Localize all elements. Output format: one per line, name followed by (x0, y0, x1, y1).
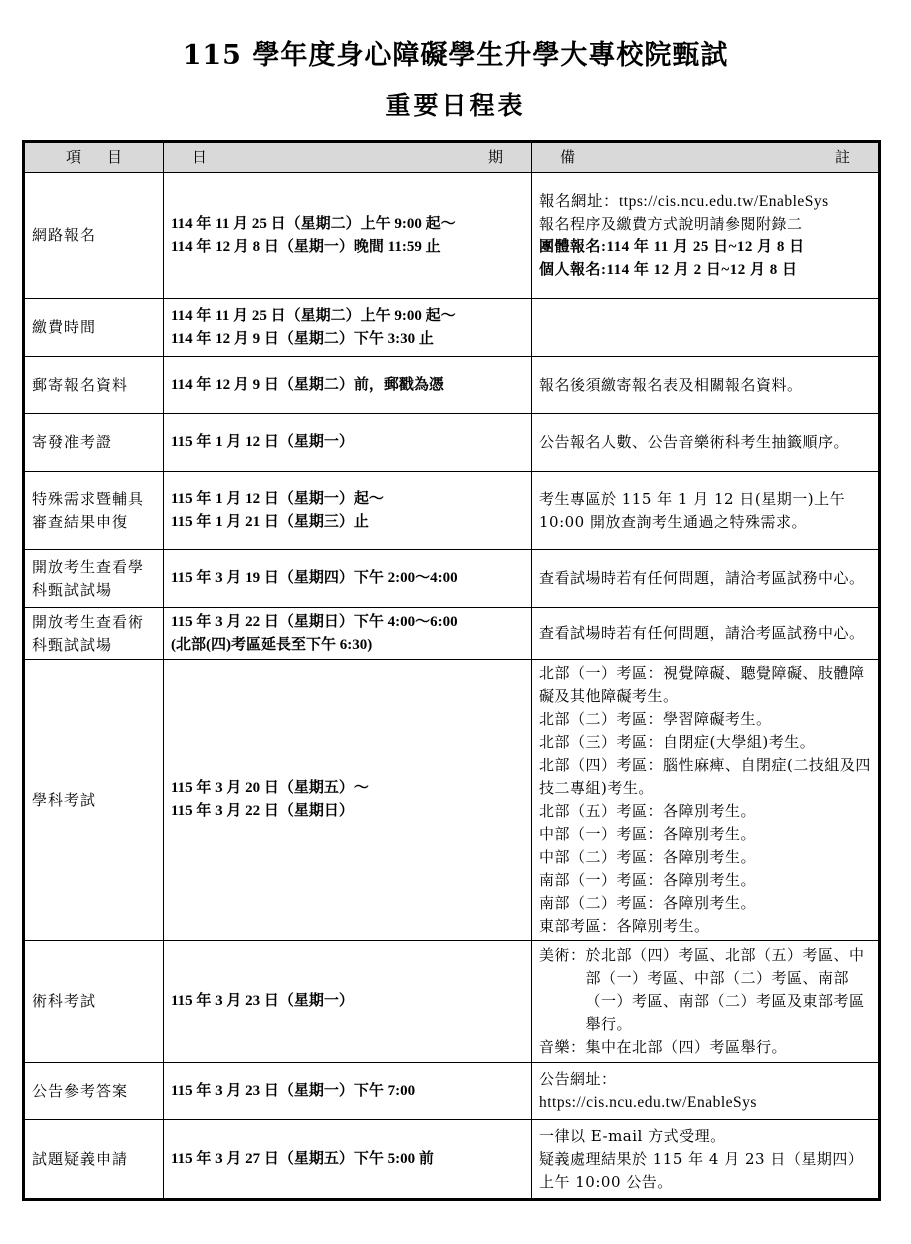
table-row: 郵寄報名資料 114 年 12 月 9 日（星期二）前，郵戳為憑 報名後須繳寄報… (24, 357, 880, 414)
note-line: 考生專區於 115 年 1 月 12 日(星期一)上午 10:00 開放查詢考生… (539, 488, 871, 534)
exam-area-line: 東部考區：各障別考生。 (539, 915, 871, 938)
note-label: 音樂： (539, 1036, 586, 1059)
date-line: 114 年 12 月 8 日（星期一）晚間 11:59 止 (171, 236, 524, 259)
date-line: 114 年 12 月 9 日（星期二）前，郵戳為憑 (171, 374, 524, 397)
document-title: 115 學年度身心障礙學生升學大專校院甄試 (0, 33, 911, 72)
row-item: 郵寄報名資料 (24, 357, 164, 414)
music-exam-note: 音樂： 集中在北部（四）考區舉行。 (539, 1036, 871, 1059)
exam-area-line: 北部（四）考區：腦性麻痺、自閉症(二技組及四技二專組)考生。 (539, 754, 871, 800)
row-item: 學科考試 (24, 660, 164, 941)
header-item-char-2: 目 (107, 146, 122, 169)
table-row: 術科考試 115 年 3 月 23 日（星期一） 美術： 於北部（四）考區、北部… (24, 941, 880, 1063)
date-line: (北部(四)考區延長至下午 6:30) (171, 634, 524, 657)
row-item: 特殊需求暨輔具審查結果申復 (24, 472, 164, 550)
note-line: 查看試場時若有任何問題，請洽考區試務中心。 (539, 567, 871, 590)
note-label: 美術： (539, 944, 586, 1036)
row-note: 查看試場時若有任何問題，請洽考區試務中心。 (532, 608, 880, 660)
table-row: 試題疑義申請 115 年 3 月 27 日（星期五）下午 5:00 前 一律以 … (24, 1120, 880, 1200)
note-text: 於北部（四）考區、北部（五）考區、中部（一）考區、中部（二）考區、南部（一）考區… (586, 944, 871, 1036)
note-text: 集中在北部（四）考區舉行。 (586, 1036, 871, 1059)
header-note-char-2: 註 (835, 146, 850, 169)
date-line: 115 年 1 月 21 日（星期三）止 (171, 511, 524, 534)
table-row: 開放考生查看學科甄試試場 115 年 3 月 19 日（星期四）下午 2:00～… (24, 550, 880, 608)
table-row: 公告參考答案 115 年 3 月 23 日（星期一）下午 7:00 公告網址： … (24, 1063, 880, 1120)
row-item: 試題疑義申請 (24, 1120, 164, 1200)
date-line: 115 年 3 月 19 日（星期四）下午 2:00～4:00 (171, 567, 524, 590)
row-item: 開放考生查看學科甄試試場 (24, 550, 164, 608)
row-note: 公告網址： https://cis.ncu.edu.tw/EnableSys (532, 1063, 880, 1120)
row-note: 美術： 於北部（四）考區、北部（五）考區、中部（一）考區、中部（二）考區、南部（… (532, 941, 880, 1063)
date-line: 115 年 3 月 27 日（星期五）下午 5:00 前 (171, 1148, 524, 1171)
note-line: 公告網址： (539, 1068, 871, 1091)
date-line: 114 年 12 月 9 日（星期二）下午 3:30 止 (171, 328, 524, 351)
note-line: 一律以 E-mail 方式受理。 (539, 1125, 871, 1148)
art-exam-note: 美術： 於北部（四）考區、北部（五）考區、中部（一）考區、中部（二）考區、南部（… (539, 944, 871, 1036)
note-line: 個人報名:114 年 12 月 2 日~12 月 8 日 (539, 259, 871, 282)
date-line: 114 年 11 月 25 日（星期二）上午 9:00 起～ (171, 305, 524, 328)
note-line: 疑義處理結果於 115 年 4 月 23 日（星期四）上午 10:00 公告。 (539, 1148, 871, 1194)
date-line: 114 年 11 月 25 日（星期二）上午 9:00 起～ (171, 213, 524, 236)
exam-area-line: 中部（一）考區：各障別考生。 (539, 823, 871, 846)
header-item: 項目 (24, 142, 164, 173)
date-line: 115 年 3 月 22 日（星期日） (171, 800, 524, 823)
note-line: 公告報名人數、公告音樂術科考生抽籤順序。 (539, 431, 871, 454)
exam-area-line: 中部（二）考區：各障別考生。 (539, 846, 871, 869)
answer-url[interactable]: https://cis.ncu.edu.tw/EnableSys (539, 1091, 871, 1114)
row-date: 115 年 3 月 20 日（星期五）～ 115 年 3 月 22 日（星期日） (164, 660, 532, 941)
registration-url[interactable]: 報名網址：ttps://cis.ncu.edu.tw/EnableSys (539, 190, 871, 213)
note-line: 報名後須繳寄報名表及相關報名資料。 (539, 374, 871, 397)
row-item: 公告參考答案 (24, 1063, 164, 1120)
row-note: 查看試場時若有任何問題，請洽考區試務中心。 (532, 550, 880, 608)
date-line: 115 年 3 月 23 日（星期一） (171, 990, 524, 1013)
row-note: 一律以 E-mail 方式受理。 疑義處理結果於 115 年 4 月 23 日（… (532, 1120, 880, 1200)
row-item: 開放考生查看術科甄試試場 (24, 608, 164, 660)
row-date: 114 年 12 月 9 日（星期二）前，郵戳為憑 (164, 357, 532, 414)
row-date: 115 年 3 月 22 日（星期日）下午 4:00～6:00 (北部(四)考區… (164, 608, 532, 660)
row-date: 115 年 3 月 19 日（星期四）下午 2:00～4:00 (164, 550, 532, 608)
exam-area-line: 南部（一）考區：各障別考生。 (539, 869, 871, 892)
schedule-table: 項目 日期 備註 網路報名 114 年 11 月 25 日（星期二）上午 9:0… (22, 140, 881, 1201)
table-row: 網路報名 114 年 11 月 25 日（星期二）上午 9:00 起～ 114 … (24, 173, 880, 299)
row-date: 115 年 1 月 12 日（星期一） (164, 414, 532, 472)
table-row: 繳費時間 114 年 11 月 25 日（星期二）上午 9:00 起～ 114 … (24, 299, 880, 357)
table-header-row: 項目 日期 備註 (24, 142, 880, 173)
table-row: 寄發准考證 115 年 1 月 12 日（星期一） 公告報名人數、公告音樂術科考… (24, 414, 880, 472)
row-note: 公告報名人數、公告音樂術科考生抽籤順序。 (532, 414, 880, 472)
row-date: 115 年 3 月 23 日（星期一）下午 7:00 (164, 1063, 532, 1120)
date-line: 115 年 3 月 22 日（星期日）下午 4:00～6:00 (171, 611, 524, 634)
row-item: 網路報名 (24, 173, 164, 299)
row-item: 術科考試 (24, 941, 164, 1063)
note-line: 報名程序及繳費方式說明請參閱附錄二 (539, 213, 871, 236)
header-note-char-1: 備 (560, 146, 575, 169)
row-note (532, 299, 880, 357)
row-note: 考生專區於 115 年 1 月 12 日(星期一)上午 10:00 開放查詢考生… (532, 472, 880, 550)
document-subtitle: 重要日程表 (0, 86, 911, 122)
row-note: 北部（一）考區：視覺障礙、聽覺障礙、肢體障礙及其他障礙考生。 北部（二）考區：學… (532, 660, 880, 941)
date-line: 115 年 3 月 20 日（星期五）～ (171, 777, 524, 800)
header-item-char-1: 項 (66, 146, 81, 169)
row-date: 115 年 3 月 23 日（星期一） (164, 941, 532, 1063)
row-item: 繳費時間 (24, 299, 164, 357)
header-date-char-1: 日 (192, 146, 207, 169)
row-date: 115 年 1 月 12 日（星期一）起～ 115 年 1 月 21 日（星期三… (164, 472, 532, 550)
exam-area-line: 北部（二）考區：學習障礙考生。 (539, 708, 871, 731)
row-date: 115 年 3 月 27 日（星期五）下午 5:00 前 (164, 1120, 532, 1200)
row-date: 114 年 11 月 25 日（星期二）上午 9:00 起～ 114 年 12 … (164, 299, 532, 357)
row-date: 114 年 11 月 25 日（星期二）上午 9:00 起～ 114 年 12 … (164, 173, 532, 299)
exam-area-line: 北部（三）考區：自閉症(大學組)考生。 (539, 731, 871, 754)
row-note: 報名後須繳寄報名表及相關報名資料。 (532, 357, 880, 414)
row-note: 報名網址：ttps://cis.ncu.edu.tw/EnableSys 報名程… (532, 173, 880, 299)
header-date-char-2: 期 (488, 146, 503, 169)
row-item: 寄發准考證 (24, 414, 164, 472)
note-line: 團體報名:114 年 11 月 25 日~12 月 8 日 (539, 236, 871, 259)
note-line: 查看試場時若有任何問題，請洽考區試務中心。 (539, 622, 871, 645)
exam-area-line: 南部（二）考區：各障別考生。 (539, 892, 871, 915)
exam-area-line: 北部（一）考區：視覺障礙、聽覺障礙、肢體障礙及其他障礙考生。 (539, 662, 871, 708)
date-line: 115 年 3 月 23 日（星期一）下午 7:00 (171, 1080, 524, 1103)
header-note: 備註 (532, 142, 880, 173)
date-line: 115 年 1 月 12 日（星期一） (171, 431, 524, 454)
header-date: 日期 (164, 142, 532, 173)
date-line: 115 年 1 月 12 日（星期一）起～ (171, 488, 524, 511)
table-row: 學科考試 115 年 3 月 20 日（星期五）～ 115 年 3 月 22 日… (24, 660, 880, 941)
table-row: 開放考生查看術科甄試試場 115 年 3 月 22 日（星期日）下午 4:00～… (24, 608, 880, 660)
table-row: 特殊需求暨輔具審查結果申復 115 年 1 月 12 日（星期一）起～ 115 … (24, 472, 880, 550)
exam-area-line: 北部（五）考區：各障別考生。 (539, 800, 871, 823)
